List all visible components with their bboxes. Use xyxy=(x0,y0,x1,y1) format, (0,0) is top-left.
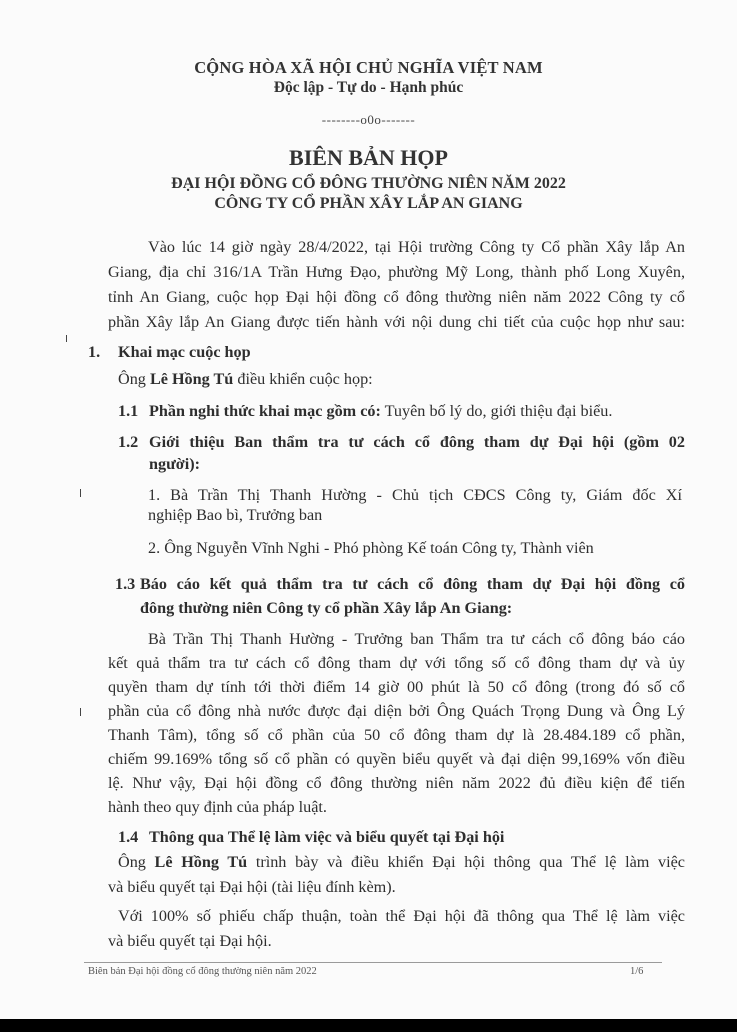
subsection-1-2-heading-cont: người): xyxy=(149,453,200,476)
report-line: lệ. Như vậy, Đại hội đồng cổ đông thường… xyxy=(108,772,685,795)
presenter-name: Lê Hồng Tú xyxy=(155,853,248,871)
chair-suffix: điều khiển cuộc họp: xyxy=(233,370,372,388)
chair-name: Lê Hồng Tú xyxy=(150,370,233,388)
subsection-number: 1.1 xyxy=(118,400,149,423)
subsection-1-3-heading-cont: đông thường niên Công ty cổ phần Xây lắp… xyxy=(140,597,512,620)
section-1-heading: Khai mạc cuộc họp xyxy=(118,341,251,364)
document-title: BIÊN BẢN HỌP xyxy=(0,145,737,171)
scan-mark xyxy=(66,335,67,342)
national-motto: Độc lập - Tự do - Hạnh phúc xyxy=(0,79,737,97)
subsection-1-3-heading: Báo cáo kết quả thẩm tra tư cách cổ đông… xyxy=(140,573,685,596)
report-line: chiếm 99.169% tổng số cổ phần có quyền b… xyxy=(108,748,685,771)
rules-approval-line-cont: và biểu quyết tại Đại hội. xyxy=(108,930,272,953)
subsection-1-2-number: 1.2 xyxy=(118,431,138,454)
subsection-1-3-number: 1.3 xyxy=(115,573,135,596)
intro-line: Vào lúc 14 giờ ngày 28/4/2022, tại Hội t… xyxy=(148,236,685,259)
section-1-number: 1. xyxy=(88,341,100,364)
document-page: CỘNG HÒA XÃ HỘI CHỦ NGHĨA VIỆT NAM Độc l… xyxy=(0,0,737,1018)
subsection-label: Phần nghi thức khai mạc gồm có: xyxy=(149,402,381,420)
rules-presentation-line: Ông Lê Hồng Tú trình bày và điều khiển Đ… xyxy=(118,851,685,874)
chair-prefix: Ông xyxy=(118,370,150,388)
subsection-text: Tuyên bố lý do, giới thiệu đại biểu. xyxy=(381,402,613,420)
document-subtitle-meeting: ĐẠI HỘI ĐỒNG CỔ ĐÔNG THƯỜNG NIÊN NĂM 202… xyxy=(0,175,737,193)
footer-page-number: 1/6 xyxy=(630,966,643,977)
report-line: Bà Trần Thị Thanh Hường - Trưởng ban Thẩ… xyxy=(148,628,685,651)
scan-mark xyxy=(80,489,81,497)
header-separator: --------o0o------- xyxy=(0,112,737,128)
report-line: kết quả thẩm tra tư cách cổ đông tham dự… xyxy=(108,652,685,675)
report-line: hành theo quy định của pháp luật. xyxy=(108,796,685,819)
chair-line: Ông Lê Hồng Tú điều khiển cuộc họp: xyxy=(118,368,373,391)
rules-approval-line: Với 100% số phiếu chấp thuận, toàn thể Đ… xyxy=(118,905,685,928)
report-line: phần của cổ đông nhà nước được đại diện … xyxy=(108,700,685,723)
bottom-border xyxy=(0,1019,737,1032)
scan-mark xyxy=(80,708,81,716)
national-title: CỘNG HÒA XÃ HỘI CHỦ NGHĨA VIỆT NAM xyxy=(0,58,737,78)
member-1-line-cont: nghiệp Bao bì, Trưởng ban xyxy=(148,504,322,527)
subsection-1-1: 1.1Phần nghi thức khai mạc gồm có: Tuyên… xyxy=(118,400,612,423)
member-2-line: 2. Ông Nguyễn Vĩnh Nghi - Phó phòng Kế t… xyxy=(148,537,594,560)
report-line: quyền tham dự tính tới thời điểm 14 giờ … xyxy=(108,676,685,699)
subsection-heading: Thông qua Thể lệ làm việc và biểu quyết … xyxy=(149,828,504,846)
rules-presentation-line-cont: và biểu quyết tại Đại hội (tài liệu đính… xyxy=(108,876,396,899)
subsection-1-4: 1.4Thông qua Thể lệ làm việc và biểu quy… xyxy=(118,826,504,849)
footer-document-name: Biên bản Đại hội đồng cổ đông thường niê… xyxy=(88,966,317,977)
intro-line: Giang, địa chỉ 316/1A Trần Hưng Đạo, phư… xyxy=(108,261,685,284)
document-subtitle-company: CÔNG TY CỔ PHẦN XÂY LẮP AN GIANG xyxy=(0,195,737,213)
subsection-1-2-heading: Giới thiệu Ban thẩm tra tư cách cổ đông … xyxy=(149,431,685,454)
intro-line: phần Xây lắp An Giang được tiến hành với… xyxy=(108,311,685,334)
footer-divider xyxy=(84,962,662,963)
subsection-number: 1.4 xyxy=(118,826,149,849)
report-line: Thanh Tâm), tổng số cổ phần của 50 cổ đô… xyxy=(108,724,685,747)
intro-line: tỉnh An Giang, cuộc họp Đại hội đồng cổ … xyxy=(108,286,685,309)
